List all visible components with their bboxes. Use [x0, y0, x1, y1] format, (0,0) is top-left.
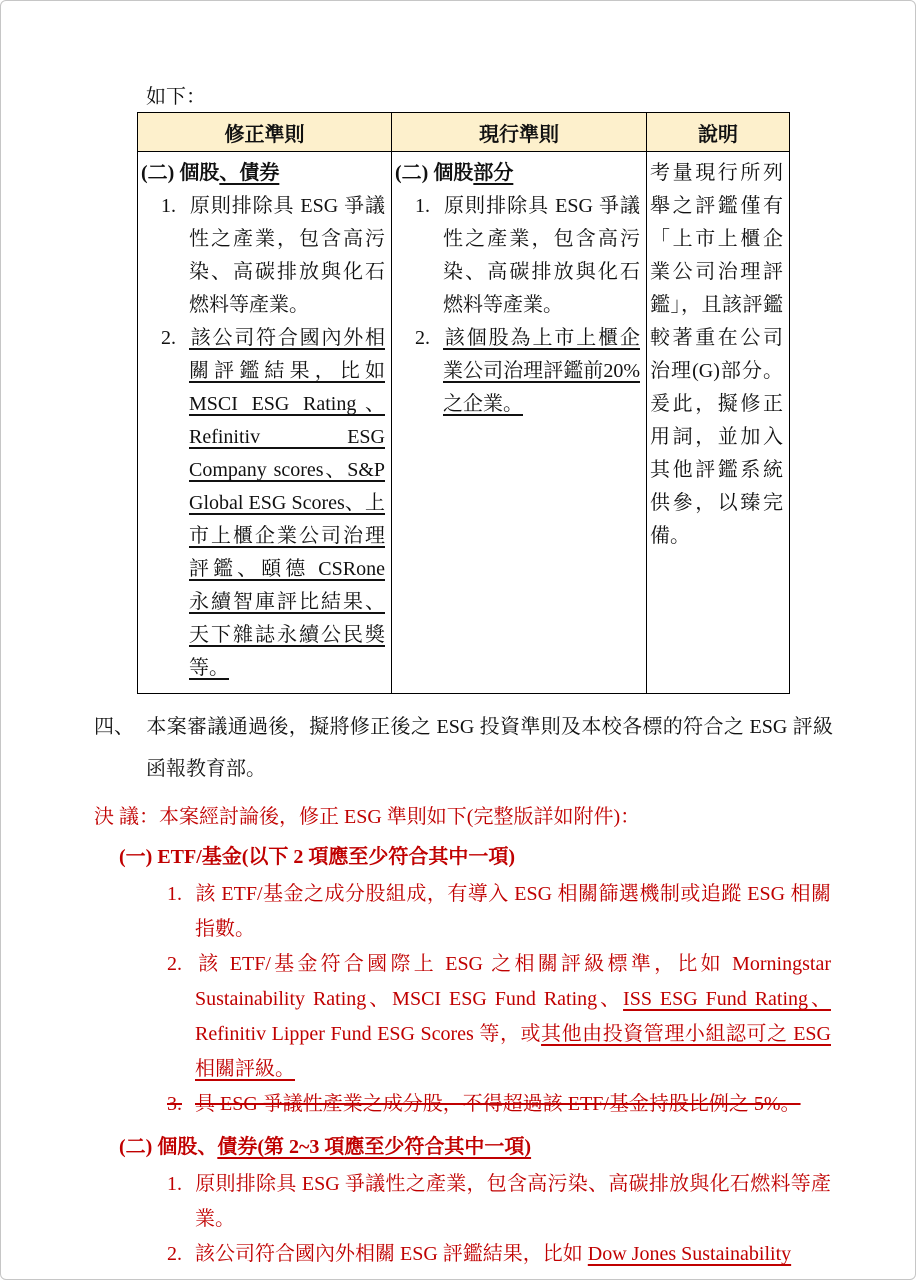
item-number: 1.	[415, 190, 443, 223]
section-2-heading-plain: (二) 個股、	[119, 1136, 217, 1158]
section-1-item-1: 1.該 ETF/基金之成分股組成，有導入 ESG 相關篩選機制或追蹤 ESG 相…	[167, 877, 831, 947]
revised-heading-plain: (二) 個股	[141, 162, 219, 184]
paragraph-4-number: 四、	[94, 706, 146, 748]
column-header-current: 現行準則	[392, 113, 647, 152]
revised-item-2: 2.該公司符合國內外相關評鑑結果，比如 MSCI ESG Rating、Refi…	[161, 322, 385, 685]
revised-item-2-text: 該公司符合國內外相關評鑑結果，比如 MSCI ESG Rating、Refini…	[189, 327, 385, 679]
column-header-note: 說明	[647, 113, 790, 152]
section-2-heading: (二) 個股、債券(第 2~3 項應至少符合其中一項)	[119, 1132, 833, 1162]
revised-item-1: 1.原則排除具 ESG 爭議性之產業，包含高污染、高碳排放與化石燃料等產業。	[161, 190, 385, 322]
item-number: 2.	[161, 322, 189, 355]
section-2-item-1: 1.原則排除具 ESG 爭議性之產業，包含高污染、高碳排放與化石燃料等產業。	[167, 1167, 831, 1237]
section-1-item-2-run-2-underlined: ISS ESG Fund Rating、	[623, 988, 831, 1010]
cell-current-rule: (二) 個股部分 1.原則排除具 ESG 爭議性之產業，包含高污染、高碳排放與化…	[392, 152, 647, 694]
resolution-label: 決 議：	[94, 806, 159, 828]
section-1-item-3-struck: 3.具 ESG 爭議性產業之成分股，不得超過該 ETF/基金持股比例之 5%。	[167, 1087, 831, 1122]
cell-revised-rule: (二) 個股、債券 1.原則排除具 ESG 爭議性之產業，包含高污染、高碳排放與…	[138, 152, 392, 694]
section-1-item-3-text: 具 ESG 爭議性產業之成分股，不得超過該 ETF/基金持股比例之 5%。	[195, 1093, 801, 1115]
paragraph-item-4: 四、本案審議通過後，擬將修正後之 ESG 投資準則及本校各標的符合之 ESG 評…	[94, 706, 833, 790]
current-item-2: 2.該個股為上市上櫃企業公司治理評鑑前20%之企業。	[415, 322, 640, 421]
comparison-table: 修正準則 現行準則 說明 (二) 個股、債券 1.原則排除具 ESG 爭議性之產…	[137, 112, 790, 694]
section-2-item-2-run-1: 該公司符合國內外相關 ESG 評鑑結果，比如	[195, 1243, 588, 1265]
current-item-1-text: 原則排除具 ESG 爭議性之產業，包含高污染、高碳排放與化石燃料等產業。	[443, 195, 640, 316]
table-body-row: (二) 個股、債券 1.原則排除具 ESG 爭議性之產業，包含高污染、高碳排放與…	[138, 152, 790, 694]
revised-heading-underlined: 、債券	[219, 162, 279, 184]
cell-explanation: 考量現行所列舉之評鑑僅有「上市上櫃企業公司治理評鑑」，且該評鑑較著重在公司治理(…	[647, 152, 790, 694]
section-1-item-1-text: 該 ETF/基金之成分股組成，有導入 ESG 相關篩選機制或追蹤 ESG 相關指…	[195, 883, 831, 940]
section-2-item-2-run-2-underlined: Dow Jones Sustainability	[588, 1243, 791, 1265]
item-number: 1.	[167, 1167, 195, 1202]
item-number: 2.	[415, 322, 443, 355]
column-header-revised: 修正準則	[138, 113, 392, 152]
current-item-2-text: 該個股為上市上櫃企業公司治理評鑑前20%之企業。	[443, 327, 640, 415]
item-number: 2.	[167, 947, 195, 982]
item-number: 1.	[167, 877, 195, 912]
section-1-heading: (一) ETF/基金(以下 2 項應至少符合其中一項)	[119, 842, 833, 872]
item-number: 1.	[161, 190, 189, 223]
intro-text: 如下：	[146, 85, 915, 109]
paragraph-4-text: 本案審議通過後，擬將修正後之 ESG 投資準則及本校各標的符合之 ESG 評級函…	[146, 716, 833, 780]
current-rule-heading: (二) 個股部分	[395, 157, 640, 190]
section-2-heading-underlined: 債券(第 2~3 項應至少符合其中一項)	[217, 1136, 531, 1158]
table-header-row: 修正準則 現行準則 說明	[138, 113, 790, 152]
resolution-text: 本案經討論後，修正 ESG 準則如下(完整版詳如附件)：	[159, 806, 640, 828]
document-page: 如下： 修正準則 現行準則 說明 (二) 個股、債券 1.原則排除具 ESG 爭…	[0, 0, 916, 1280]
resolution-line: 決 議：本案經討論後，修正 ESG 準則如下(完整版詳如附件)：	[94, 802, 833, 832]
section-2-item-2: 2.該公司符合國內外相關 ESG 評鑑結果，比如 Dow Jones Susta…	[167, 1237, 831, 1272]
section-2-item-1-text: 原則排除具 ESG 爭議性之產業，包含高污染、高碳排放與化石燃料等產業。	[195, 1173, 831, 1230]
revised-item-1-text: 原則排除具 ESG 爭議性之產業，包含高污染、高碳排放與化石燃料等產業。	[189, 195, 385, 316]
current-heading-underlined: 部分	[473, 162, 513, 184]
revised-rule-heading: (二) 個股、債券	[141, 157, 385, 190]
section-1-list: 1.該 ETF/基金之成分股組成，有導入 ESG 相關篩選機制或追蹤 ESG 相…	[167, 877, 831, 1122]
explanation-text: 考量現行所列舉之評鑑僅有「上市上櫃企業公司治理評鑑」，且該評鑑較著重在公司治理(…	[650, 157, 783, 553]
item-number: 3.	[167, 1087, 195, 1122]
current-heading-plain: (二) 個股	[395, 162, 473, 184]
current-item-1: 1.原則排除具 ESG 爭議性之產業，包含高污染、高碳排放與化石燃料等產業。	[415, 190, 640, 322]
section-2-list: 1.原則排除具 ESG 爭議性之產業，包含高污染、高碳排放與化石燃料等產業。 2…	[167, 1167, 831, 1272]
section-1-item-2: 2.該 ETF/基金符合國際上 ESG 之相關評級標準，比如 Morningst…	[167, 947, 831, 1087]
section-1-item-2-run-3: Refinitiv Lipper Fund ESG Scores 等，或	[195, 1023, 541, 1045]
item-number: 2.	[167, 1237, 195, 1272]
